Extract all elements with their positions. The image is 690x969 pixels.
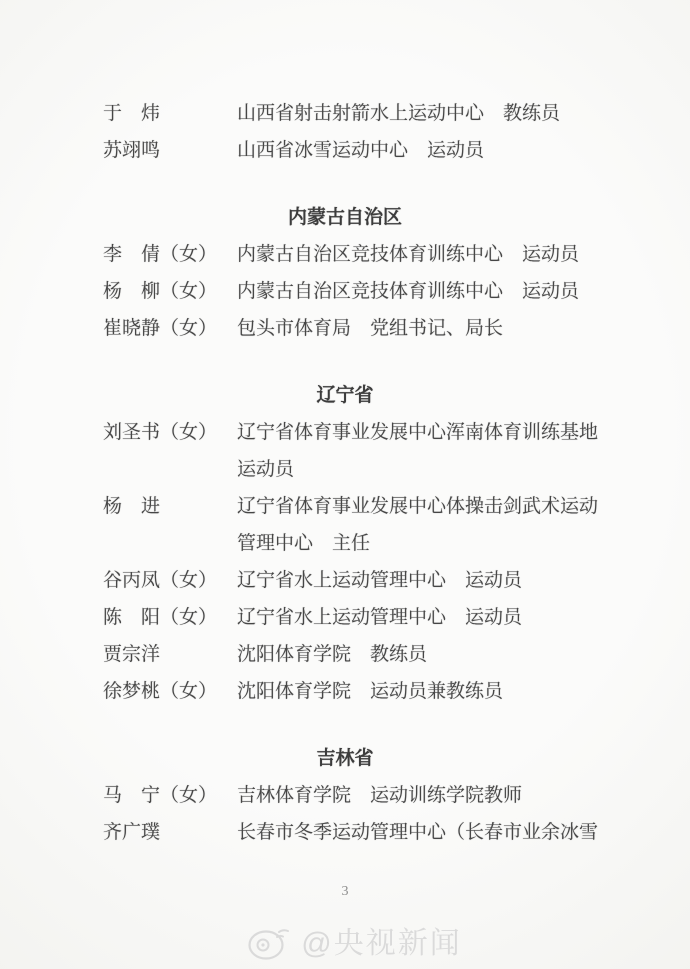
- person-name: 徐梦桃（女）: [103, 673, 237, 710]
- affiliation-line: 包头市体育局 党组书记、局长: [237, 310, 587, 347]
- person-affiliation: 包头市体育局 党组书记、局长: [237, 310, 587, 347]
- person-affiliation: 沈阳体育学院 运动员兼教练员: [237, 673, 587, 710]
- person-affiliation: 内蒙古自治区竞技体育训练中心 运动员: [237, 236, 587, 273]
- person-name: 于 炜: [103, 95, 237, 132]
- person-affiliation: 内蒙古自治区竞技体育训练中心 运动员: [237, 273, 587, 310]
- affiliation-line: 沈阳体育学院 运动员兼教练员: [237, 673, 587, 710]
- person-affiliation: 长春市冬季运动管理中心（长春市业余冰雪: [237, 814, 598, 851]
- document-body: 于 炜山西省射击射箭水上运动中心 教练员苏翊鸣山西省冰雪运动中心 运动员内蒙古自…: [103, 95, 587, 851]
- person-affiliation: 辽宁省体育事业发展中心体操击剑武术运动管理中心 主任: [237, 488, 598, 562]
- person-name: 齐广璞: [103, 814, 237, 851]
- section-title: 辽宁省: [103, 377, 587, 414]
- person-entry: 崔晓静（女）包头市体育局 党组书记、局长: [103, 310, 587, 347]
- person-entry: 于 炜山西省射击射箭水上运动中心 教练员: [103, 95, 587, 132]
- person-entry: 杨 柳（女）内蒙古自治区竞技体育训练中心 运动员: [103, 273, 587, 310]
- affiliation-line: 沈阳体育学院 教练员: [237, 636, 587, 673]
- person-entry: 马 宁（女）吉林体育学院 运动训练学院教师: [103, 777, 587, 814]
- affiliation-line: 辽宁省体育事业发展中心浑南体育训练基地: [237, 414, 598, 451]
- person-affiliation: 辽宁省水上运动管理中心 运动员: [237, 599, 587, 636]
- person-affiliation: 辽宁省水上运动管理中心 运动员: [237, 562, 587, 599]
- weibo-cctv-news-logo-icon: [246, 918, 294, 962]
- person-name: 谷丙凤（女）: [103, 562, 237, 599]
- person-entry: 贾宗洋沈阳体育学院 教练员: [103, 636, 587, 673]
- affiliation-line: 辽宁省水上运动管理中心 运动员: [237, 599, 587, 636]
- person-name: 崔晓静（女）: [103, 310, 237, 347]
- watermark: @央视新闻: [0, 918, 690, 962]
- person-entry: 杨 进辽宁省体育事业发展中心体操击剑武术运动管理中心 主任: [103, 488, 587, 562]
- person-entry: 苏翊鸣山西省冰雪运动中心 运动员: [103, 132, 587, 169]
- person-name: 杨 柳（女）: [103, 273, 237, 310]
- person-affiliation: 沈阳体育学院 教练员: [237, 636, 587, 673]
- affiliation-line: 长春市冬季运动管理中心（长春市业余冰雪: [237, 814, 598, 851]
- affiliation-line: 吉林体育学院 运动训练学院教师: [237, 777, 587, 814]
- affiliation-line: 管理中心 主任: [237, 525, 598, 562]
- affiliation-line: 运动员: [237, 451, 598, 488]
- document-page: 于 炜山西省射击射箭水上运动中心 教练员苏翊鸣山西省冰雪运动中心 运动员内蒙古自…: [0, 0, 690, 969]
- person-entry: 陈 阳（女）辽宁省水上运动管理中心 运动员: [103, 599, 587, 636]
- person-name: 陈 阳（女）: [103, 599, 237, 636]
- section-title: 吉林省: [103, 740, 587, 777]
- page-number: 3: [0, 884, 690, 900]
- person-affiliation: 山西省冰雪运动中心 运动员: [237, 132, 587, 169]
- affiliation-line: 辽宁省体育事业发展中心体操击剑武术运动: [237, 488, 598, 525]
- person-entry: 刘圣书（女）辽宁省体育事业发展中心浑南体育训练基地运动员: [103, 414, 587, 488]
- person-entry: 徐梦桃（女）沈阳体育学院 运动员兼教练员: [103, 673, 587, 710]
- person-name: 刘圣书（女）: [103, 414, 237, 451]
- affiliation-line: 内蒙古自治区竞技体育训练中心 运动员: [237, 273, 587, 310]
- person-entry: 谷丙凤（女）辽宁省水上运动管理中心 运动员: [103, 562, 587, 599]
- watermark-handle: @央视新闻: [301, 918, 461, 962]
- person-name: 李 倩（女）: [103, 236, 237, 273]
- affiliation-line: 山西省射击射箭水上运动中心 教练员: [237, 95, 587, 132]
- person-entry: 齐广璞长春市冬季运动管理中心（长春市业余冰雪: [103, 814, 587, 851]
- affiliation-line: 内蒙古自治区竞技体育训练中心 运动员: [237, 236, 587, 273]
- affiliation-line: 山西省冰雪运动中心 运动员: [237, 132, 587, 169]
- affiliation-line: 辽宁省水上运动管理中心 运动员: [237, 562, 587, 599]
- person-affiliation: 吉林体育学院 运动训练学院教师: [237, 777, 587, 814]
- person-name: 贾宗洋: [103, 636, 237, 673]
- person-entry: 李 倩（女）内蒙古自治区竞技体育训练中心 运动员: [103, 236, 587, 273]
- person-name: 苏翊鸣: [103, 132, 237, 169]
- person-name: 马 宁（女）: [103, 777, 237, 814]
- section-title: 内蒙古自治区: [103, 199, 587, 236]
- person-affiliation: 山西省射击射箭水上运动中心 教练员: [237, 95, 587, 132]
- person-affiliation: 辽宁省体育事业发展中心浑南体育训练基地运动员: [237, 414, 598, 488]
- person-name: 杨 进: [103, 488, 237, 525]
